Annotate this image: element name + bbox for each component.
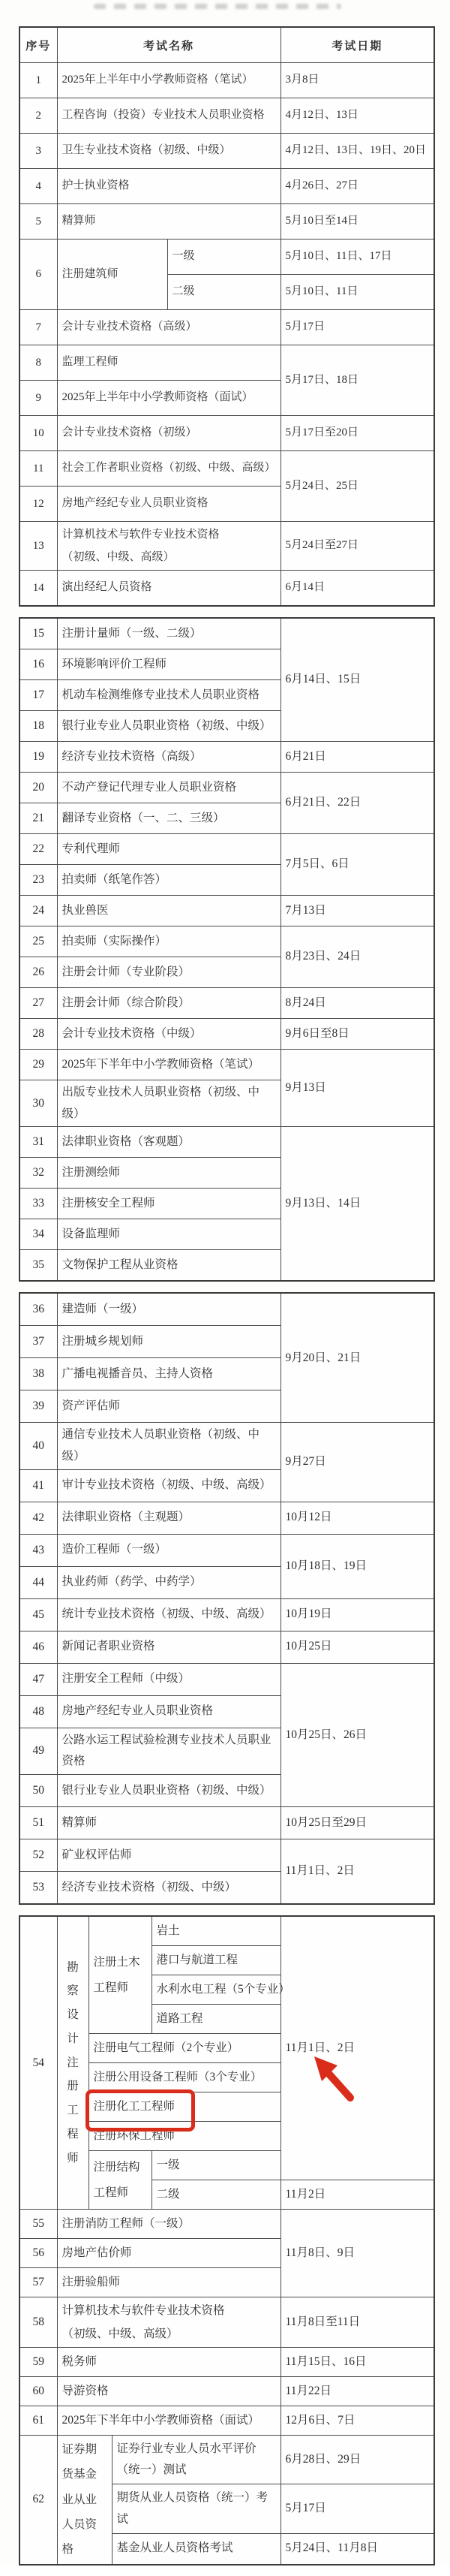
exam-name: 矿业权评估师 [57,1839,280,1872]
row-no: 12 [19,487,57,522]
exam-name: 执业兽医 [57,896,280,926]
exam-name: 证券行业专业人员水平评价（统一）测试 [112,2436,280,2484]
row-no: 56 [19,2239,57,2268]
exam-date: 5月17日 [280,310,434,345]
table-row: 8监理工程师5月17日、18日 [19,345,434,381]
exam-name: 注册会计师（专业阶段） [57,957,280,988]
table-row: 59税务师11月15日、16日 [19,2348,434,2377]
table-row: 47注册安全工程师（中级）10月25日、26日 [19,1663,434,1695]
table-row: 13计算机技术与软件专业技术资格（初级、中级、高级）5月24日至27日 [19,522,434,571]
exam-subgroup-name: 注册土木工程师 [88,1916,151,2034]
exam-date: 6月28日、29日 [280,2436,434,2484]
row-no: 60 [19,2377,57,2406]
red-arrow-annotation [305,2051,361,2107]
row-no: 14 [19,571,57,607]
row-no: 15 [19,618,57,649]
table-row: 51精算师10月25日至29日 [19,1807,434,1839]
row-no: 44 [19,1566,57,1598]
table-row: 14演出经纪人员资格6月14日 [19,571,434,607]
exam-name: 社会工作者职业资格（初级、中级、高级） [57,451,280,487]
row-no: 29 [19,1050,57,1080]
exam-name: 计算机技术与软件专业技术资格（初级、中级、高级） [57,2297,280,2348]
exam-specialty: 水利水电工程（5个专业） [151,1975,280,2005]
scanned-document-page: 序号 考试名称 考试日期 12025年上半年中小学教师资格（笔试）3月8日 2工… [0,0,450,2565]
exam-name: 新闻记者职业资格 [57,1631,280,1663]
exam-name: 注册建筑师 [57,240,167,310]
exam-name: 会计专业技术资格（中级） [57,1019,280,1050]
exam-level: 一级 [167,240,280,275]
table-row: 20不动产登记代理专业人员职业资格6月21日、22日 [19,773,434,803]
table-row: 42法律职业资格（主观题）10月12日 [19,1502,434,1534]
exam-name: 精算师 [57,204,280,240]
exam-date: 6月21日、22日 [280,773,434,834]
row-no: 32 [19,1158,57,1189]
exam-date: 5月17日 [280,2484,434,2533]
row-no: 51 [19,1807,57,1839]
table-row: 43造价工程师（一级）10月18日、19日 [19,1534,434,1566]
table-header-row: 序号 考试名称 考试日期 [19,27,434,63]
exam-date: 4月12日、13日 [280,98,434,134]
exam-name: 拍卖师（纸笔作答） [57,865,280,896]
row-no: 41 [19,1469,57,1502]
exam-name: 基金从业人员资格考试 [112,2533,280,2564]
table-row: 2工程咨询（投资）专业技术人员职业资格4月12日、13日 [19,98,434,134]
exam-date: 9月27日 [280,1423,434,1502]
table-row: 40通信专业技术人员职业资格（初级、中级）9月27日 [19,1423,434,1469]
exam-date: 5月10日、11日 [280,275,434,310]
exam-name: 注册城乡规划师 [57,1326,280,1358]
row-no: 57 [19,2268,57,2297]
exam-name: 期货从业人员资格（统一）考试 [112,2484,280,2533]
exam-name: 执业药师（药学、中药学） [57,1566,280,1598]
table-row: 7会计专业技术资格（高级）5月17日 [19,310,434,345]
table-row: 27注册会计师（综合阶段）8月24日 [19,988,434,1019]
table-row: 4护士执业资格4月26日、27日 [19,169,434,204]
exam-date: 6月14日 [280,571,434,607]
exam-name: 建造师（一级） [57,1293,280,1326]
row-no: 2 [19,98,57,134]
table-row: 24执业兽医7月13日 [19,896,434,926]
exam-date: 11月8日、9日 [280,2210,434,2297]
exam-date: 9月13日 [280,1050,434,1127]
exam-date: 5月10日、11日、17日 [280,240,434,275]
table-row: 58计算机技术与软件专业技术资格（初级、中级、高级）11月8日至11日 [19,2297,434,2348]
scan-artifact-top [94,4,341,9]
exam-name: 监理工程师 [57,345,280,381]
row-no: 59 [19,2348,57,2377]
row-no: 16 [19,649,57,680]
exam-date: 10月19日 [280,1598,434,1631]
exam-name: 精算师 [57,1807,280,1839]
exam-name: 银行业专业人员职业资格（初级、中级） [57,1775,280,1807]
table-row: 22专利代理师7月5日、6日 [19,834,434,865]
exam-date: 5月24日、25日 [280,451,434,522]
exam-date: 9月6日至8日 [280,1019,434,1050]
exam-name-line2: （初级、中级、高级） [62,546,276,568]
exam-name: 注册测绘师 [57,1158,280,1189]
exam-name: 注册安全工程师（中级） [57,1663,280,1695]
exam-name: 注册会计师（综合阶段） [57,988,280,1019]
exam-name: 法律职业资格（客观题） [57,1127,280,1158]
row-no: 58 [19,2297,57,2348]
row-no: 30 [19,1080,57,1127]
table-row: 54 勘察设计注册工程师 注册土木工程师 岩土 11月1日、2日 [19,1916,434,1946]
exam-date: 10月25日至29日 [280,1807,434,1839]
row-no: 36 [19,1293,57,1326]
exam-date: 5月17日、18日 [280,345,434,416]
exam-table-section-2: 15注册计量师（一级、二级）6月14日、15日 16环境影响评价工程师 17机动… [19,617,435,1282]
row-no: 43 [19,1534,57,1566]
exam-date: 11月1日、2日 [280,1916,434,2180]
table-row: 28会计专业技术资格（中级）9月6日至8日 [19,1019,434,1050]
exam-name: 资产评估师 [57,1390,280,1423]
exam-name: 不动产登记代理专业人员职业资格 [57,773,280,803]
row-no: 47 [19,1663,57,1695]
exam-name: 会计专业技术资格（高级） [57,310,280,345]
exam-date: 11月22日 [280,2377,434,2406]
exam-date: 7月5日、6日 [280,834,434,896]
exam-name: 公路水运工程试验检测专业技术人员职业资格 [57,1728,280,1774]
exam-date: 12月6日、7日 [280,2406,434,2436]
row-no: 37 [19,1326,57,1358]
row-no: 7 [19,310,57,345]
exam-specialty: 岩土 [151,1916,280,1946]
exam-date: 10月18日、19日 [280,1534,434,1598]
row-no: 46 [19,1631,57,1663]
exam-name: 经济专业技术资格（高级） [57,742,280,773]
row-no: 9 [19,381,57,416]
exam-name-line1: 计算机技术与软件专业技术资格 [62,523,276,546]
exam-name: 会计专业技术资格（初级） [57,416,280,451]
exam-name-text: 注册化工工程师 [94,2100,175,2113]
exam-date: 9月20日、21日 [280,1293,434,1423]
row-no: 48 [19,1695,57,1728]
exam-name: 卫生专业技术资格（初级、中级） [57,134,280,169]
exam-name: 2025年上半年中小学教师资格（笔试） [57,63,280,98]
exam-name: 2025年下半年中小学教师资格（笔试） [57,1050,280,1080]
table-row: 3卫生专业技术资格（初级、中级）4月12日、13日、19日、20日 [19,134,434,169]
row-no: 22 [19,834,57,865]
row-no: 52 [19,1839,57,1872]
exam-name: 工程咨询（投资）专业技术人员职业资格 [57,98,280,134]
row-no: 27 [19,988,57,1019]
row-no: 18 [19,711,57,742]
exam-name: 通信专业技术人员职业资格（初级、中级） [57,1423,280,1469]
row-no: 45 [19,1598,57,1631]
table-row: 612025年下半年中小学教师资格（面试）12月6日、7日 [19,2406,434,2436]
row-no: 26 [19,957,57,988]
row-no: 31 [19,1127,57,1158]
exam-date: 7月13日 [280,896,434,926]
exam-name: 专利代理师 [57,834,280,865]
exam-name: 造价工程师（一级） [57,1534,280,1566]
exam-name: 注册核安全工程师 [57,1189,280,1219]
exam-name: 文物保护工程从业资格 [57,1250,280,1282]
exam-date: 10月12日 [280,1502,434,1534]
exam-name: 房地产估价师 [57,2239,280,2268]
exam-date: 5月10日至14日 [280,204,434,240]
exam-name: 法律职业资格（主观题） [57,1502,280,1534]
row-no: 33 [19,1189,57,1219]
table-row: 15注册计量师（一级、二级）6月14日、15日 [19,618,434,649]
row-no: 1 [19,63,57,98]
row-no: 24 [19,896,57,926]
exam-date: 8月24日 [280,988,434,1019]
row-no: 10 [19,416,57,451]
exam-name: 2025年下半年中小学教师资格（面试） [57,2406,280,2436]
row-no: 23 [19,865,57,896]
row-no: 53 [19,1872,57,1905]
row-no: 20 [19,773,57,803]
row-no: 5 [19,204,57,240]
exam-name: 注册消防工程师（一级） [57,2210,280,2239]
exam-date: 11月8日至11日 [280,2297,434,2348]
row-no: 21 [19,803,57,834]
table-row: 12025年上半年中小学教师资格（笔试）3月8日 [19,63,434,98]
row-no: 25 [19,926,57,957]
row-no: 50 [19,1775,57,1807]
exam-name: 广播电视播音员、主持人资格 [57,1358,280,1390]
row-no: 55 [19,2210,57,2239]
exam-date: 11月15日、16日 [280,2348,434,2377]
table-row: 292025年下半年中小学教师资格（笔试）9月13日 [19,1050,434,1080]
exam-date: 8月23日、24日 [280,926,434,988]
exam-name: 计算机技术与软件专业技术资格（初级、中级、高级） [57,522,280,571]
exam-level: 二级 [151,2180,280,2210]
header-exam-name: 考试名称 [57,27,280,63]
row-no: 34 [19,1219,57,1250]
exam-specialty: 道路工程 [151,2005,280,2034]
header-no: 序号 [19,27,57,63]
table-row: 60导游资格11月22日 [19,2377,434,2406]
exam-name: 经济专业技术资格（初级、中级） [57,1872,280,1905]
row-no: 4 [19,169,57,204]
exam-date: 9月13日、14日 [280,1127,434,1282]
exam-name: 注册电气工程师（2个专业） [88,2034,280,2063]
table-row: 52矿业权评估师11月1日、2日 [19,1839,434,1872]
exam-name: 房地产经纪专业人员职业资格 [57,1695,280,1728]
row-no: 54 [19,1916,57,2210]
exam-date: 4月12日、13日、19日、20日 [280,134,434,169]
exam-name: 房地产经纪专业人员职业资格 [57,487,280,522]
row-no: 13 [19,522,57,571]
row-no: 42 [19,1502,57,1534]
exam-date: 5月24日、11月8日 [280,2533,434,2564]
exam-date: 10月25日、26日 [280,1663,434,1806]
row-no: 40 [19,1423,57,1469]
exam-name: 注册公用设备工程师（3个专业） [88,2063,280,2092]
row-no: 62 [19,2436,57,2565]
exam-name: 护士执业资格 [57,169,280,204]
exam-date: 5月24日至27日 [280,522,434,571]
row-no: 11 [19,451,57,487]
exam-subgroup-name: 注册结构工程师 [88,2151,151,2210]
exam-name-line2: （初级、中级、高级） [62,2322,276,2346]
exam-name: 注册环保工程师 [88,2122,280,2151]
row-no: 17 [19,680,57,711]
exam-date: 4月26日、27日 [280,169,434,204]
exam-name-line1: 计算机技术与软件专业技术资格 [62,2299,276,2322]
exam-level: 二级 [167,275,280,310]
row-no: 61 [19,2406,57,2436]
table-row: 36建造师（一级）9月20日、21日 [19,1293,434,1326]
exam-name: 税务师 [57,2348,280,2377]
table-row: 31法律职业资格（客观题）9月13日、14日 [19,1127,434,1158]
exam-name: 注册计量师（一级、二级） [57,618,280,649]
row-no: 35 [19,1250,57,1282]
exam-name: 翻译专业资格（一、二、三级） [57,803,280,834]
exam-name-highlighted: 注册化工工程师 [88,2092,280,2122]
exam-date: 11月1日、2日 [280,1839,434,1905]
exam-table-section-4: 54 勘察设计注册工程师 注册土木工程师 岩土 11月1日、2日 港口与航道工程… [19,1915,435,2565]
row-no: 19 [19,742,57,773]
exam-date: 10月25日 [280,1631,434,1663]
table-row: 10会计专业技术资格（初级）5月17日至20日 [19,416,434,451]
row-no: 49 [19,1728,57,1774]
row-no: 28 [19,1019,57,1050]
exam-name: 2025年上半年中小学教师资格（面试） [57,381,280,416]
exam-name: 演出经纪人员资格 [57,571,280,607]
exam-name: 出版专业技术人员职业资格（初级、中级） [57,1080,280,1127]
table-row: 45统计专业技术资格（初级、中级、高级）10月19日 [19,1598,434,1631]
row-no: 3 [19,134,57,169]
row-no: 39 [19,1390,57,1423]
exam-table-section-1: 序号 考试名称 考试日期 12025年上半年中小学教师资格（笔试）3月8日 2工… [19,26,435,607]
exam-group-name: 证券期货基金业从业人员资格 [57,2436,112,2565]
exam-level: 一级 [151,2151,280,2180]
table-row: 5精算师5月10日至14日 [19,204,434,240]
exam-date: 6月14日、15日 [280,618,434,742]
exam-name: 环境影响评价工程师 [57,649,280,680]
exam-group-name: 勘察设计注册工程师 [57,1916,88,2210]
table-row: 46新闻记者职业资格10月25日 [19,1631,434,1663]
row-no: 38 [19,1358,57,1390]
header-exam-date: 考试日期 [280,27,434,63]
table-row: 11社会工作者职业资格（初级、中级、高级）5月24日、25日 [19,451,434,487]
exam-name: 导游资格 [57,2377,280,2406]
exam-name: 银行业专业人员职业资格（初级、中级） [57,711,280,742]
exam-specialty: 港口与航道工程 [151,1946,280,1975]
exam-name: 注册验船师 [57,2268,280,2297]
row-no: 6 [19,240,57,310]
table-row: 19经济专业技术资格（高级）6月21日 [19,742,434,773]
exam-date: 6月21日 [280,742,434,773]
exam-name: 审计专业技术资格（初级、中级、高级） [57,1469,280,1502]
exam-date: 5月17日至20日 [280,416,434,451]
table-row: 6注册建筑师一级5月10日、11日、17日 [19,240,434,275]
exam-date: 3月8日 [280,63,434,98]
exam-name: 设备监理师 [57,1219,280,1250]
exam-name: 拍卖师（实际操作） [57,926,280,957]
exam-name: 统计专业技术资格（初级、中级、高级） [57,1598,280,1631]
table-row: 25拍卖师（实际操作）8月23日、24日 [19,926,434,957]
exam-name: 机动车检测维修专业技术人员职业资格 [57,680,280,711]
exam-date: 11月2日 [280,2180,434,2210]
row-no: 8 [19,345,57,381]
table-row: 62 证券期货基金业从业人员资格 证券行业专业人员水平评价（统一）测试 6月28… [19,2436,434,2484]
table-row: 55注册消防工程师（一级）11月8日、9日 [19,2210,434,2239]
exam-table-section-3: 36建造师（一级）9月20日、21日 37注册城乡规划师 38广播电视播音员、主… [19,1292,435,1905]
